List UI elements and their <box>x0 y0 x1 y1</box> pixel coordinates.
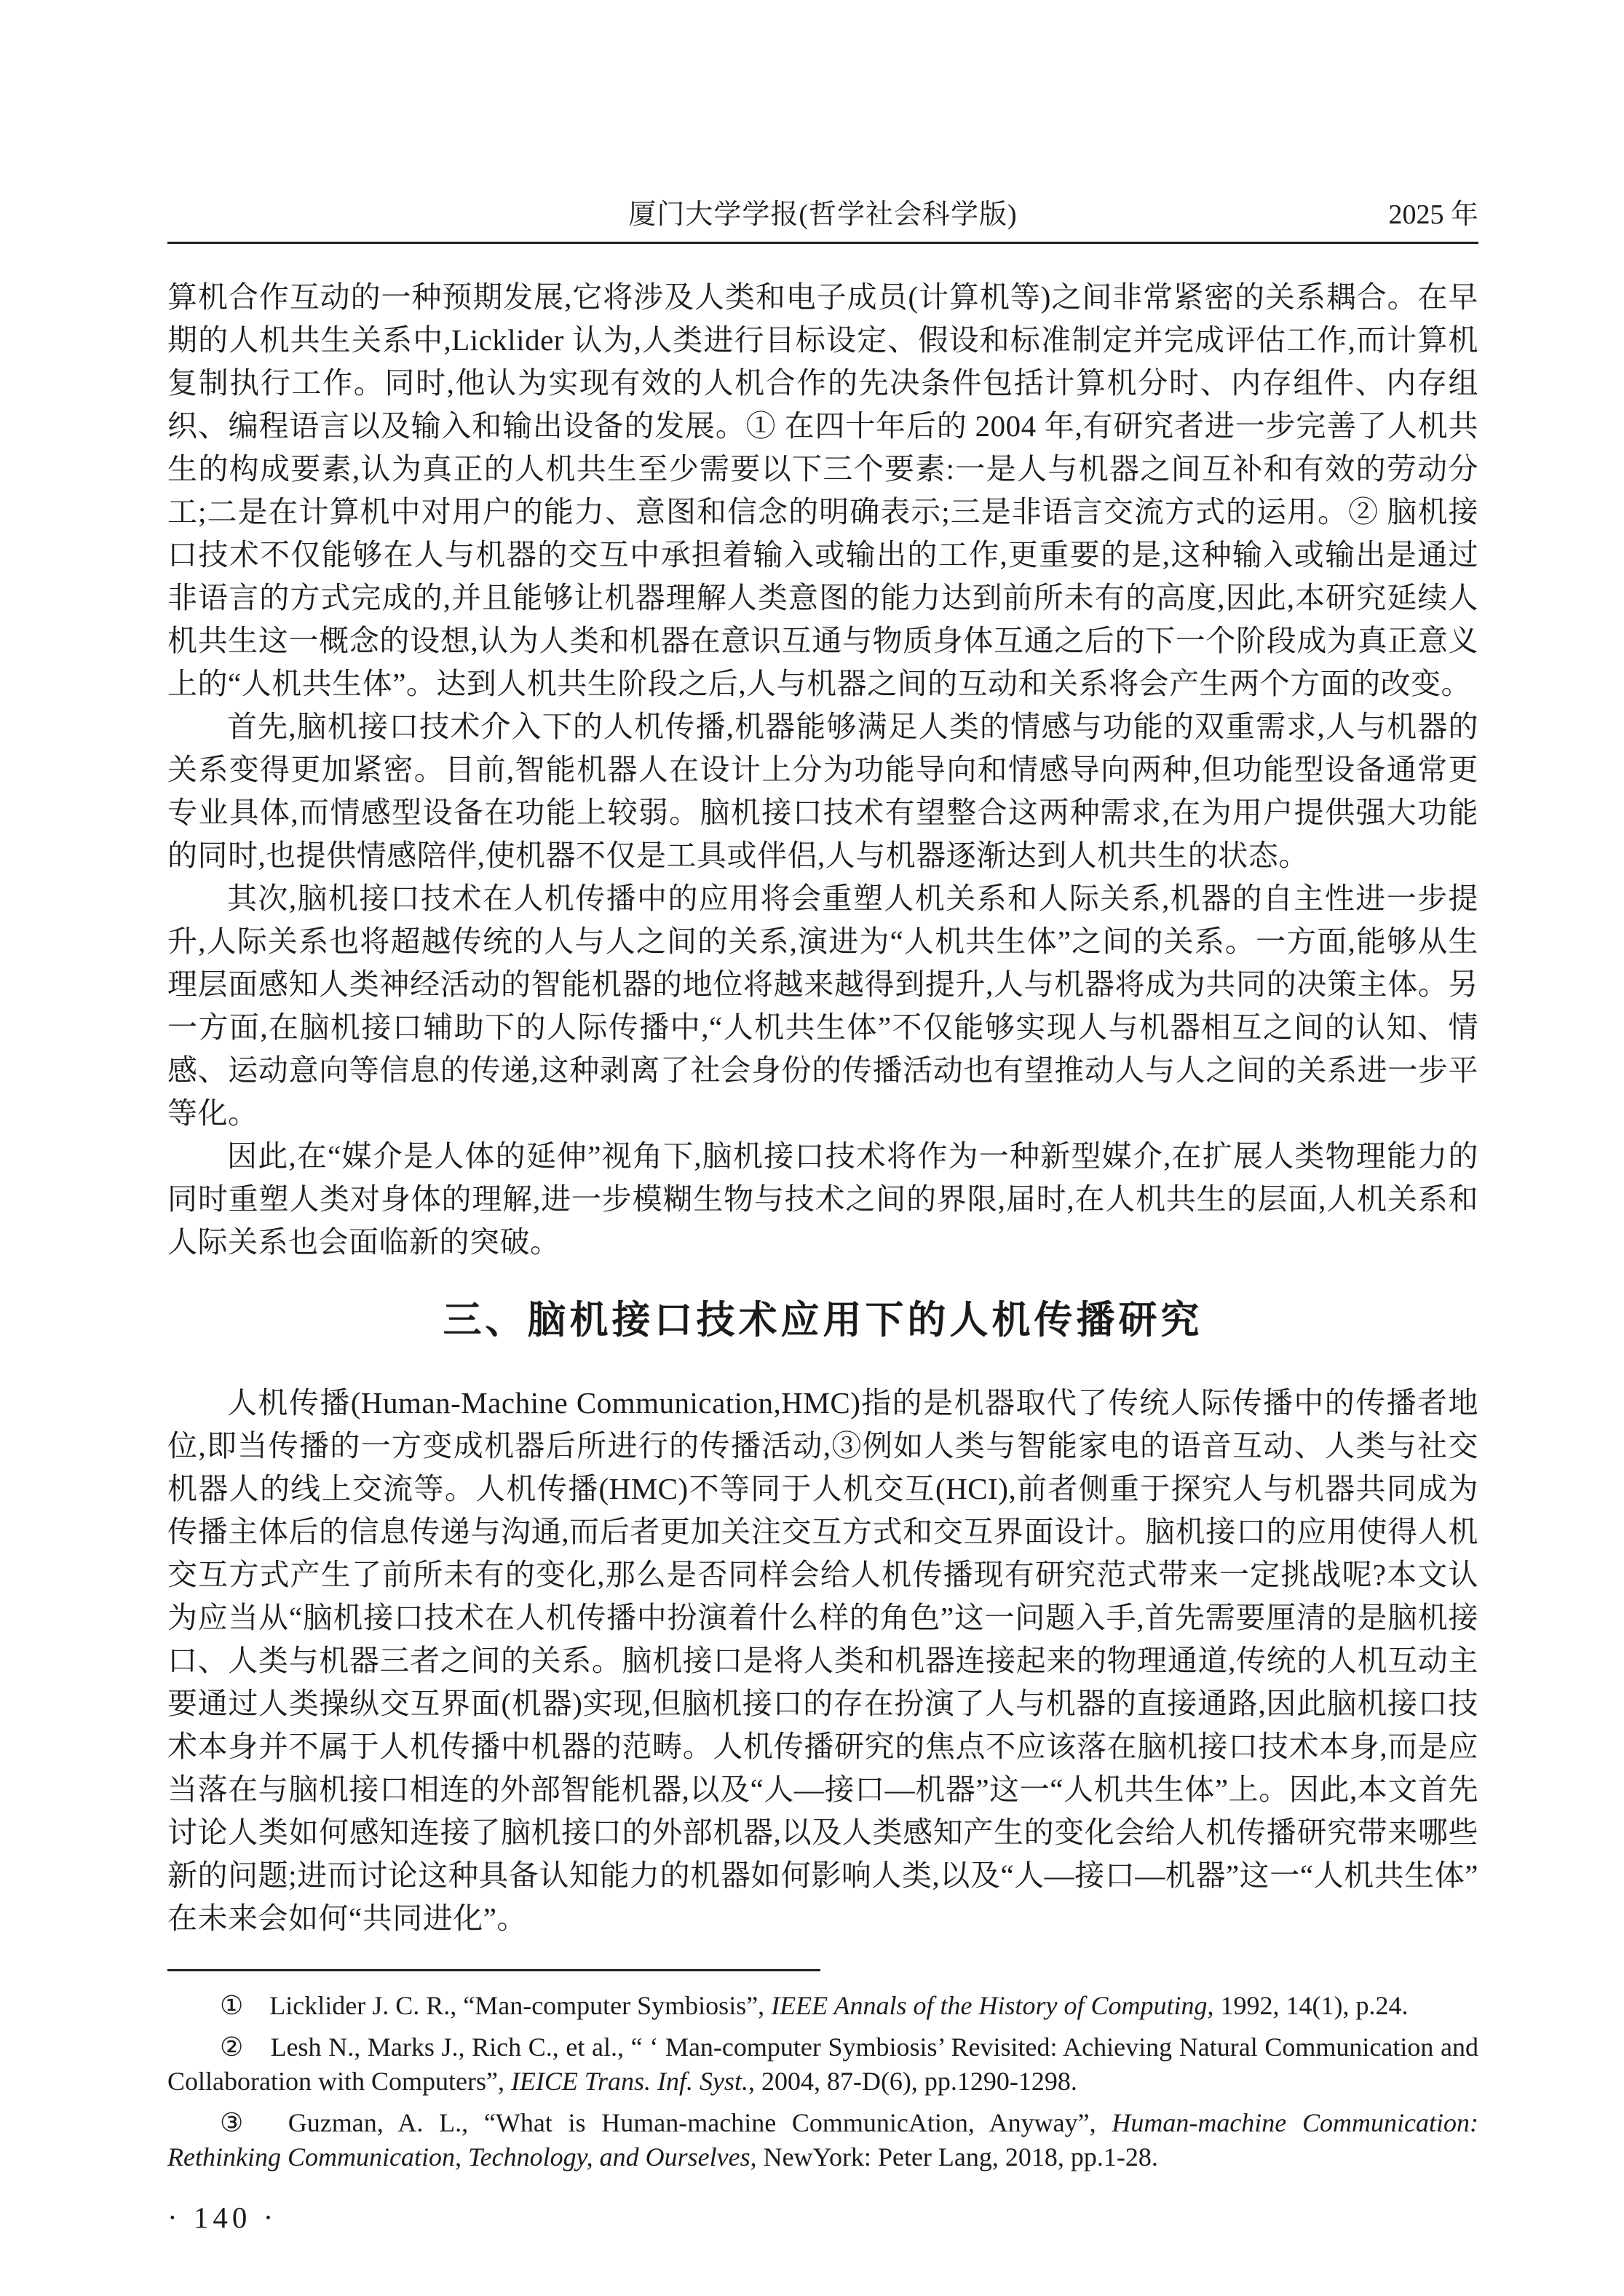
footnotes-section: ① Licklider J. C. R., “Man-computer Symb… <box>167 1969 1478 2174</box>
page-content: 厦门大学学报(哲学社会科学版) 2025 年 算机合作互动的一种预期发展,它将涉… <box>167 0 1478 2236</box>
paragraph: 因此,在“媒介是人体的延伸”视角下,脑机接口技术将作为一种新型媒介,在扩展人类物… <box>167 1135 1478 1264</box>
footnote-text: , NewYork: Peter Lang, 2018, pp.1-28. <box>750 2142 1158 2172</box>
journal-page: 厦门大学学报(哲学社会科学版) 2025 年 算机合作互动的一种预期发展,它将涉… <box>0 0 1624 2296</box>
footnote-journal-title: IEICE Trans. Inf. Syst. <box>511 2067 748 2096</box>
article-body: 算机合作互动的一种预期发展,它将涉及人类和电子成员(计算机等)之间非常紧密的关系… <box>167 276 1478 1940</box>
footnote-journal-title: IEEE Annals of the History of Computing <box>771 1991 1207 2020</box>
footnote-text: ① Licklider J. C. R., “Man-computer Symb… <box>220 1991 771 2020</box>
header-rule <box>167 242 1478 244</box>
page-number: · 140 · <box>167 2199 1478 2236</box>
footnote-divider <box>167 1969 820 1971</box>
footnote-text: , 1992, 14(1), p.24. <box>1208 1991 1409 2020</box>
running-head: 厦门大学学报(哲学社会科学版) 2025 年 <box>167 198 1478 231</box>
section-heading: 三、脑机接口技术应用下的人机传播研究 <box>167 1293 1478 1348</box>
footnote: ② Lesh N., Marks J., Rich C., et al., “ … <box>167 2030 1478 2099</box>
paragraph: 首先,脑机接口技术介入下的人机传播,机器能够满足人类的情感与功能的双重需求,人与… <box>167 705 1478 877</box>
paragraph: 人机传播(Human-Machine Communication,HMC)指的是… <box>167 1382 1478 1940</box>
paragraph-continuation: 算机合作互动的一种预期发展,它将涉及人类和电子成员(计算机等)之间非常紧密的关系… <box>167 276 1478 705</box>
footnote-text: ③ Guzman, A. L., “What is Human-machine … <box>220 2108 1112 2137</box>
footnote-text: , 2004, 87-D(6), pp.1290-1298. <box>748 2067 1077 2096</box>
journal-title: 厦门大学学报(哲学社会科学版) <box>167 198 1478 231</box>
paragraph: 其次,脑机接口技术在人机传播中的应用将会重塑人机关系和人际关系,机器的自主性进一… <box>167 877 1478 1135</box>
year-label: 2025 年 <box>1388 198 1478 231</box>
footnote: ① Licklider J. C. R., “Man-computer Symb… <box>167 1989 1478 2023</box>
footnote: ③ Guzman, A. L., “What is Human-machine … <box>167 2106 1478 2174</box>
